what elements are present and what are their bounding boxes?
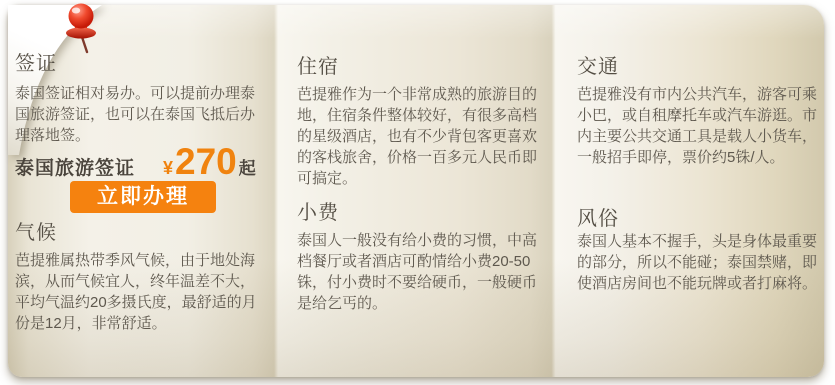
currency-symbol: ¥ xyxy=(163,158,173,179)
section-body-tipping: 泰国人一般没有给小费的习惯，中高档餐厅或者酒店可酌情给小费20-50铢，付小费时… xyxy=(297,230,540,314)
section-body-visa: 泰国签证相对易办。可以提前办理泰国旅游签证，也可以在泰国飞抵后办理落地签。 xyxy=(15,83,258,146)
visa-offer-row: 泰国旅游签证 ¥ 270 起 xyxy=(15,143,256,181)
section-heading-visa: 签证 xyxy=(15,52,57,76)
section-body-climate: 芭提雅属热带季风气候，由于地处海滨，从而气候宜人，终年温差不大，平均气温约20多… xyxy=(15,250,258,334)
travel-info-card: 签证 泰国签证相对易办。可以提前办理泰国旅游签证，也可以在泰国飞抵后办理落地签。… xyxy=(0,0,835,385)
section-heading-lodging: 住宿 xyxy=(297,55,339,79)
section-heading-transport: 交通 xyxy=(577,55,619,79)
section-heading-climate: 气候 xyxy=(15,221,57,245)
price-suffix: 起 xyxy=(239,154,256,179)
apply-now-button[interactable]: 立即办理 xyxy=(70,181,216,213)
visa-price: 270 xyxy=(175,143,237,181)
visa-product-label: 泰国旅游签证 xyxy=(15,153,135,180)
section-body-customs: 泰国人基本不握手，头是身体最重要的部分，所以不能碰；泰国禁赌，即使酒店房间也不能… xyxy=(577,231,820,294)
section-body-transport: 芭提雅没有市内公共汽车，游客可乘小巴，或自租摩托车或汽车游逛。市内主要公共交通工… xyxy=(577,84,820,168)
section-heading-tipping: 小费 xyxy=(297,201,339,225)
pushpin-icon xyxy=(55,2,107,56)
section-body-lodging: 芭提雅作为一个非常成熟的旅游目的地，住宿条件整体较好，有很多高档的星级酒店，也有… xyxy=(297,84,540,189)
section-heading-customs: 风俗 xyxy=(577,207,619,231)
